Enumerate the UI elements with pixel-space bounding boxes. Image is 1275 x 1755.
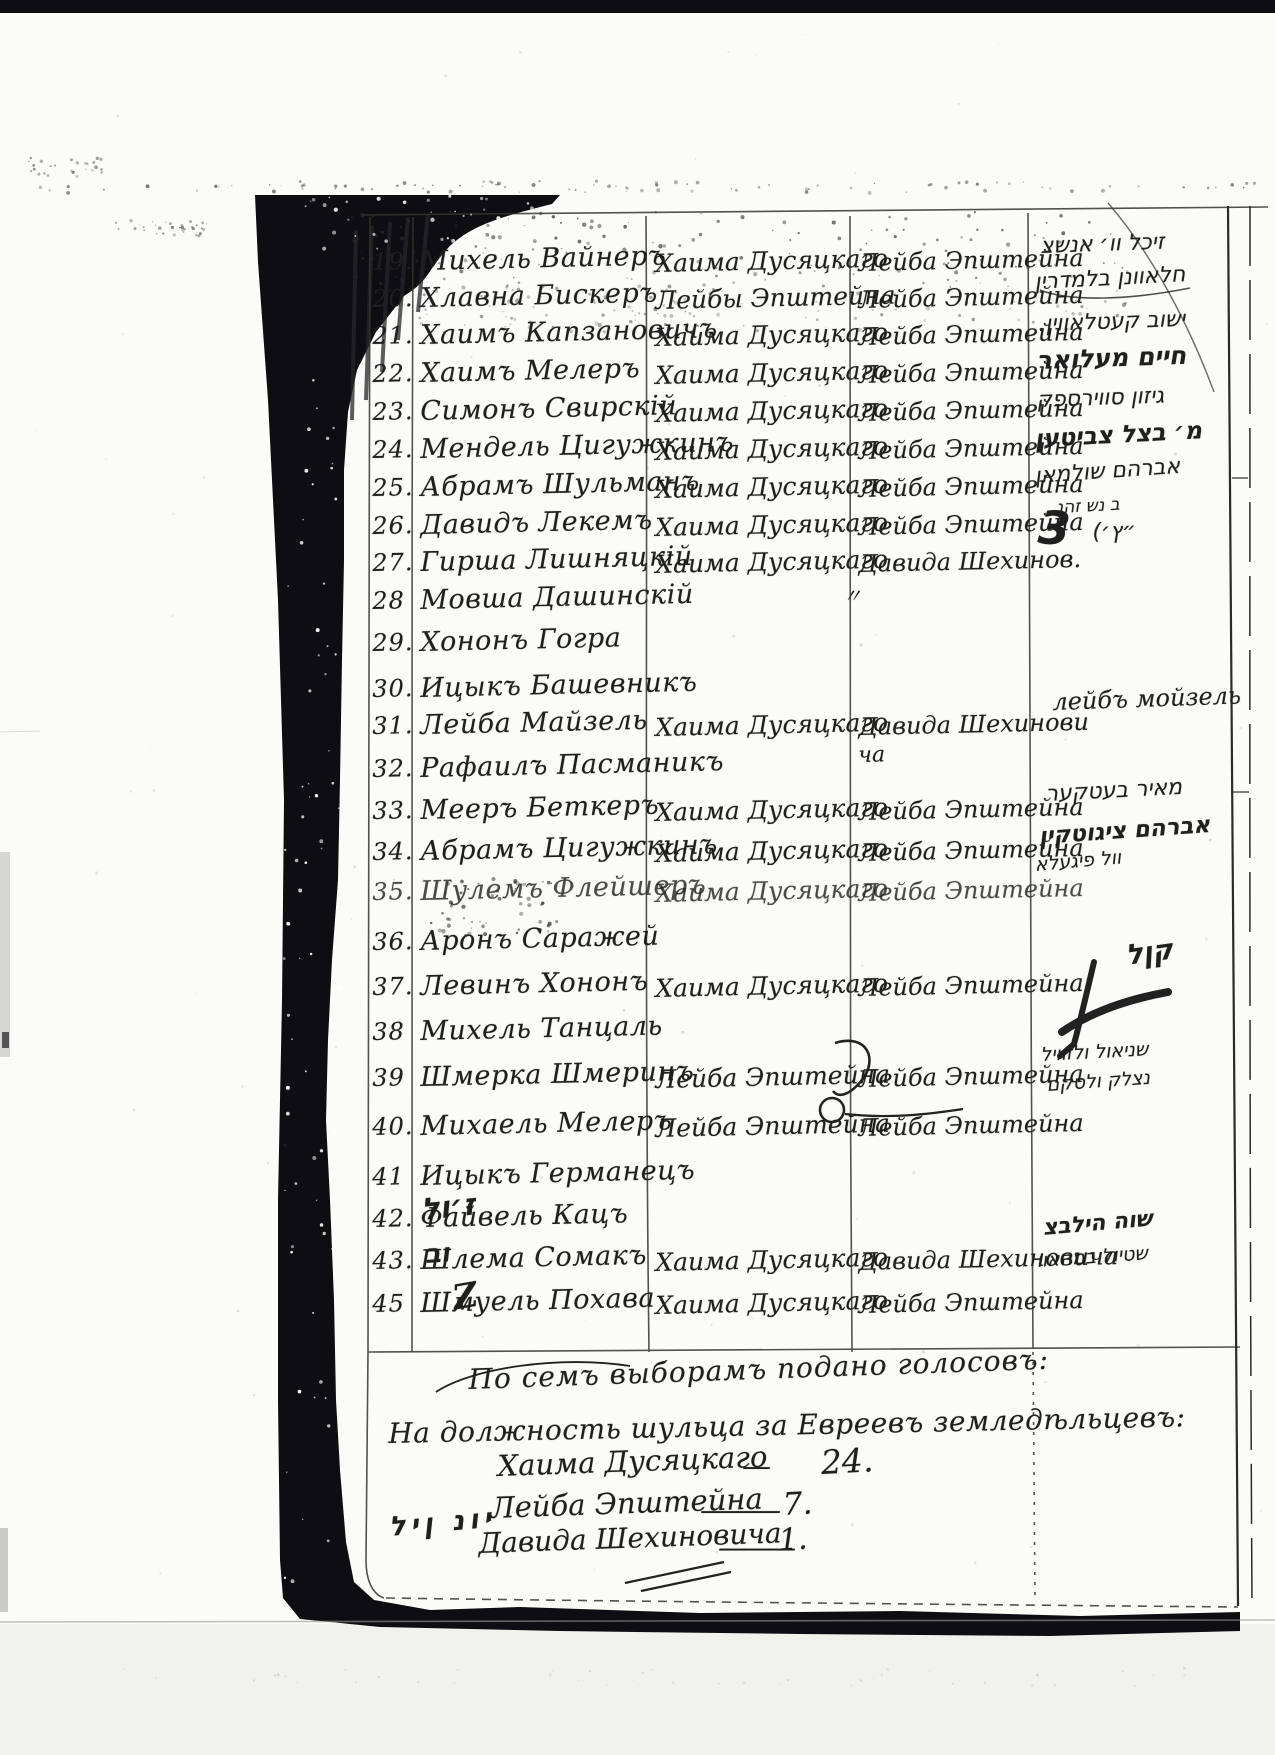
vote-candidate: Хаима Дусяцкаго <box>655 434 888 464</box>
row-number: 33. <box>372 798 414 823</box>
row-number: 26. <box>372 513 414 538</box>
voter-name: Левинъ Хононъ <box>420 968 648 1000</box>
voter-name: Мовша Дашинскій <box>420 581 694 614</box>
tally-flourish <box>625 1562 731 1591</box>
row-number: 34. <box>372 839 414 864</box>
hebrew-signature: קןל <box>1124 935 1175 969</box>
vote-candidate: Хаима Дусяцкаго <box>655 396 888 426</box>
vote-candidate: Хаима Дусяцкаго <box>655 358 888 388</box>
vote-candidate: Лейба Эпштейна <box>655 1111 890 1141</box>
hebrew-signature: גיזון סווירספק <box>1036 386 1165 412</box>
row-number: 35. <box>372 879 414 904</box>
ditto-tick-mark: 〃 <box>842 586 862 606</box>
row-number: 29. <box>372 630 414 655</box>
scanned-register-page: 19.Михель ВайнеръХаима ДусяцкагоЛейба Эп… <box>0 0 1275 1755</box>
vote-candidate: Хаима Дусяцкаго <box>655 510 888 540</box>
row-number: 41 <box>372 1164 405 1189</box>
row-number: 25. <box>372 475 414 500</box>
row-number: 30. <box>372 676 414 701</box>
row-number: 43. <box>372 1248 414 1273</box>
voter-name: Шлема Сомакъ <box>420 1242 647 1274</box>
hebrew-signature: חיים מעלואר <box>1036 343 1187 373</box>
summary-column-dotted-line <box>1033 1352 1035 1598</box>
number-column-line <box>411 217 413 1352</box>
voter-name: Михель Вайнеръ <box>420 242 667 275</box>
voter-name: Шмерка Шмеринъ <box>420 1058 694 1091</box>
page-right-edge <box>1108 203 1252 1606</box>
vote-candidate: Хаима Дусяцкаго <box>655 795 888 825</box>
tally-votes: 1. <box>778 1525 808 1556</box>
vote-candidate: Хаима Дусяцкаго <box>655 971 888 1001</box>
tally-votes: 24. <box>820 1443 874 1479</box>
vote-candidate: Хаима Дусяцкаго <box>655 246 888 276</box>
tally-votes: 7. <box>782 1488 813 1521</box>
row-number: 32. <box>372 756 414 781</box>
bold-ink-scribble: Z <box>450 1278 480 1316</box>
row-number: 20. <box>372 286 414 311</box>
voter-name: Лейба Майзель <box>420 707 648 739</box>
vote-candidate: Хаима Дусяцкаго <box>655 710 888 740</box>
voter-name: Мееръ Беткеръ <box>420 792 659 824</box>
voter-name: Михель Танцаль <box>420 1012 663 1044</box>
voter-name: Аронъ Саражей <box>420 923 660 955</box>
bold-ink-scribble: וב <box>424 1240 451 1268</box>
voter-name: Ицыкъ Башевникъ <box>420 669 698 702</box>
row-number: 19. <box>372 249 414 274</box>
row-number: 39 <box>372 1065 405 1090</box>
vote-candidate: Хаима Дусяцкаго <box>655 1288 888 1318</box>
voter-name: Давидъ Лекемъ <box>420 507 653 539</box>
row-number: 27. <box>372 550 414 575</box>
row-number: 22. <box>372 361 414 386</box>
voter-name: Хононъ Гогра <box>420 624 622 656</box>
row-number: 21. <box>372 323 414 348</box>
vote-candidate-2-wrap: ча <box>858 744 885 767</box>
voter-name: Ицыкъ Германецъ <box>420 1157 695 1190</box>
vote-candidate: Хаима Дусяцкаго <box>655 547 888 577</box>
row-number: 38 <box>372 1019 405 1044</box>
row-number: 24. <box>372 437 414 462</box>
hebrew-signature: זיכל וו׳ אנשצ <box>1040 232 1165 258</box>
voter-name: Гирша Лишняцкій <box>420 543 693 576</box>
vote-candidate-2: Лейба Эпштейна <box>858 971 1084 1000</box>
vote1-column-line <box>850 216 852 1352</box>
cyrillic-signature: лейбъ мойзель <box>1052 683 1241 714</box>
row-number: 45 <box>372 1291 405 1316</box>
summary-left-line <box>366 1352 384 1598</box>
vote-candidate: Хаима Дусяцкаго <box>655 876 888 906</box>
row-number: 28 <box>372 588 405 613</box>
voter-name: Хаимъ Мелеръ <box>420 355 640 387</box>
vote-candidate: Хаима Дусяцкаго <box>655 320 888 350</box>
voter-name: Хлавна Бискеръ <box>420 280 658 312</box>
row-number: 23. <box>372 399 414 424</box>
row-number: 31. <box>372 713 414 738</box>
bold-ink-scribble: ז׳ול <box>420 1190 477 1225</box>
vote-candidate: Хаима Дусяцкаго <box>655 1245 888 1275</box>
tally-dash: — <box>742 1452 768 1481</box>
hebrew-signature: 3 <box>1037 504 1072 552</box>
page-bottom-dashed-edge <box>386 1598 1238 1607</box>
hebrew-signature: ״ץ׳) <box>1092 520 1137 544</box>
row-number: 40. <box>372 1114 414 1139</box>
vote-candidate-2: Лейба Эпштейна <box>858 876 1084 905</box>
row-number: 36. <box>372 929 414 954</box>
voter-name: Симонъ Свирскій <box>420 392 677 425</box>
vote-candidate: Хаима Дусяцкаго <box>655 472 888 502</box>
voter-name: Рафаилъ Пасманикъ <box>420 748 724 782</box>
vote-candidate: Хаима Дусяцкаго <box>655 836 888 866</box>
vote-candidate-2: Лейба Эпштейна <box>858 1111 1084 1140</box>
vote-candidate: Лейба Эпштейна <box>655 1062 890 1092</box>
voter-name: Михаель Мелеръ <box>420 1107 672 1140</box>
row-number: 37. <box>372 974 414 999</box>
vote-candidate-2: Лейба Эпштейна <box>858 1288 1084 1317</box>
hebrew-signature: ישוב קעטלאווין. <box>1038 309 1186 336</box>
row-number: 42. <box>372 1206 414 1231</box>
